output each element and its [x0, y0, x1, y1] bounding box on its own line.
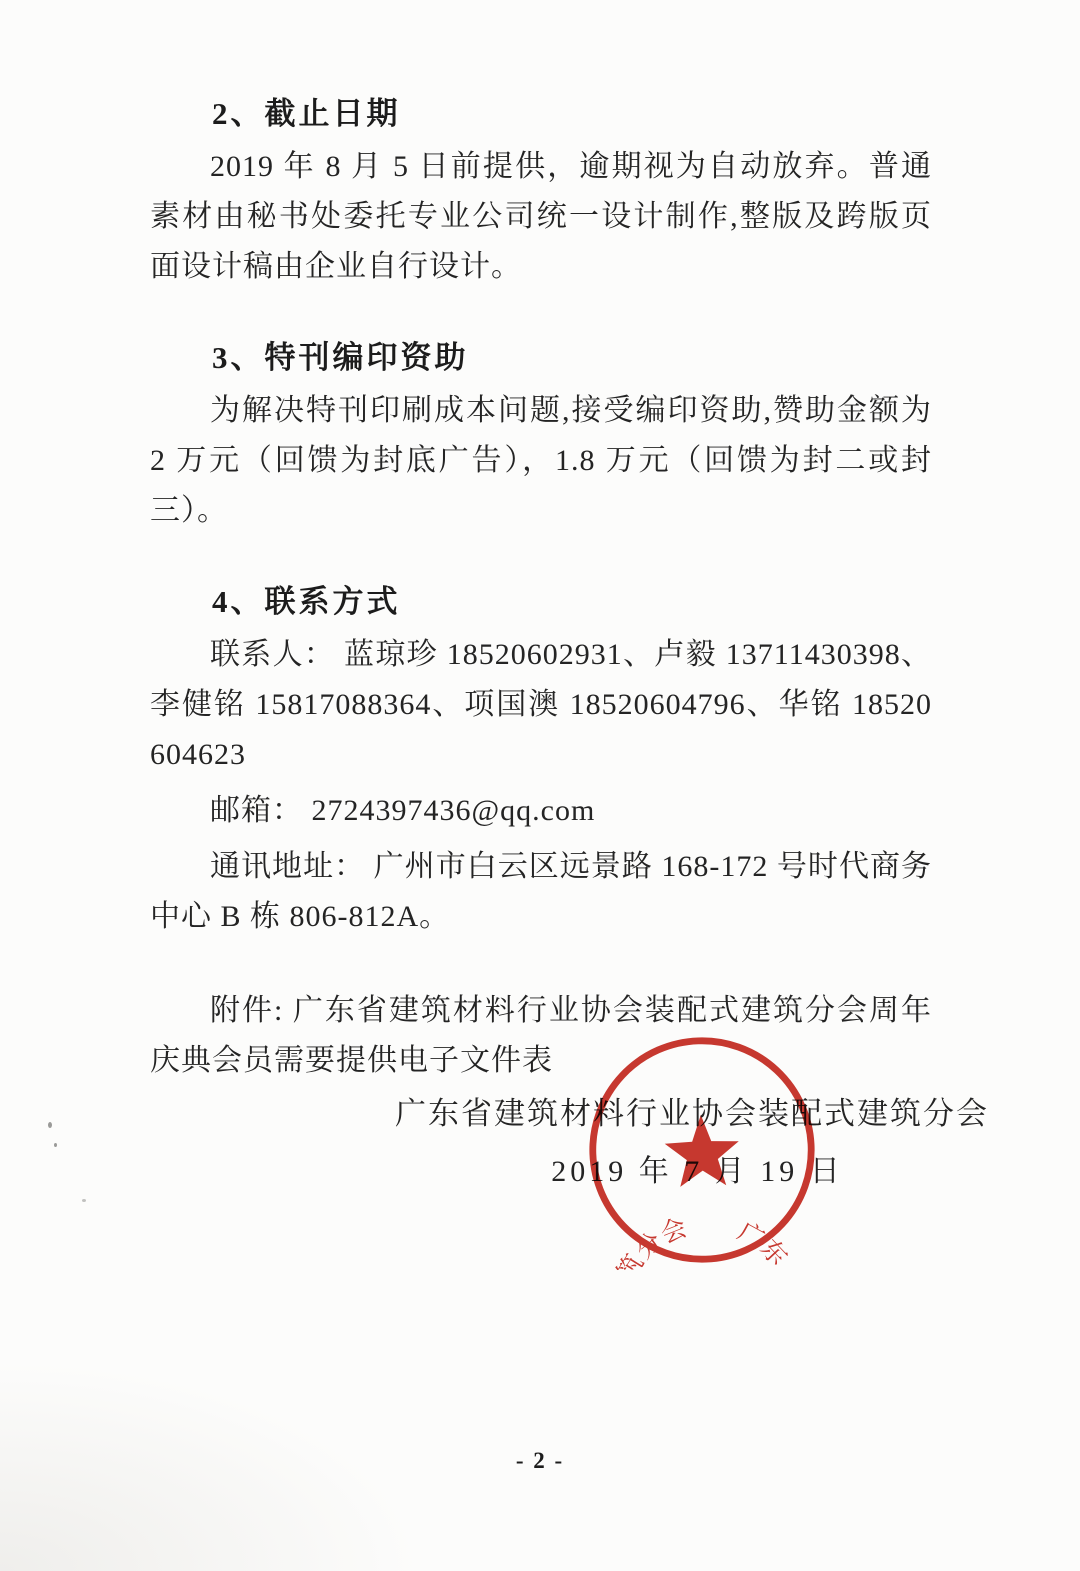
- document-page: 2、截止日期 2019 年 8 月 5 日前提供，逾期视为自动放弃。普通素材由秘…: [0, 0, 1080, 1571]
- scan-noise-speck: [48, 1122, 52, 1128]
- scan-noise-speck: [54, 1143, 57, 1147]
- section-sponsorship: 3、特刊编印资助 为解决特刊印刷成本问题,接受编印资助,赞助金额为 2 万元（回…: [150, 336, 932, 536]
- section-contact: 4、联系方式 联系人： 蓝琼珍 18520602931、卢毅 137114303…: [150, 580, 932, 942]
- document-body: 2、截止日期 2019 年 8 月 5 日前提供，逾期视为自动放弃。普通素材由秘…: [150, 92, 932, 1086]
- contact-email-line: 邮箱： 2724397436@qq.com: [150, 786, 932, 836]
- contact-persons-line: 联系人： 蓝琼珍 18520602931、卢毅 13711430398、 李健铭…: [150, 630, 932, 780]
- section-heading: 3、特刊编印资助: [150, 336, 932, 380]
- section-heading: 4、联系方式: [150, 580, 932, 624]
- page-number: - 2 -: [0, 1448, 1080, 1474]
- section-heading: 2、截止日期: [150, 92, 932, 136]
- scan-noise-speck: [82, 1199, 86, 1202]
- official-seal-stamp: 广东省建筑材料行业协会装配式建筑分会: [581, 1029, 823, 1271]
- contact-address-line: 通讯地址： 广州市白云区远景路 168-172 号时代商务中心 B 栋 806-…: [150, 842, 932, 942]
- seal-star-icon: [664, 1114, 741, 1188]
- section-deadline: 2、截止日期 2019 年 8 月 5 日前提供，逾期视为自动放弃。普通素材由秘…: [150, 92, 932, 292]
- section-paragraph: 2019 年 8 月 5 日前提供，逾期视为自动放弃。普通素材由秘书处委托专业公…: [150, 142, 932, 292]
- section-paragraph: 为解决特刊印刷成本问题,接受编印资助,赞助金额为 2 万元（回馈为封底广告），1…: [150, 386, 932, 536]
